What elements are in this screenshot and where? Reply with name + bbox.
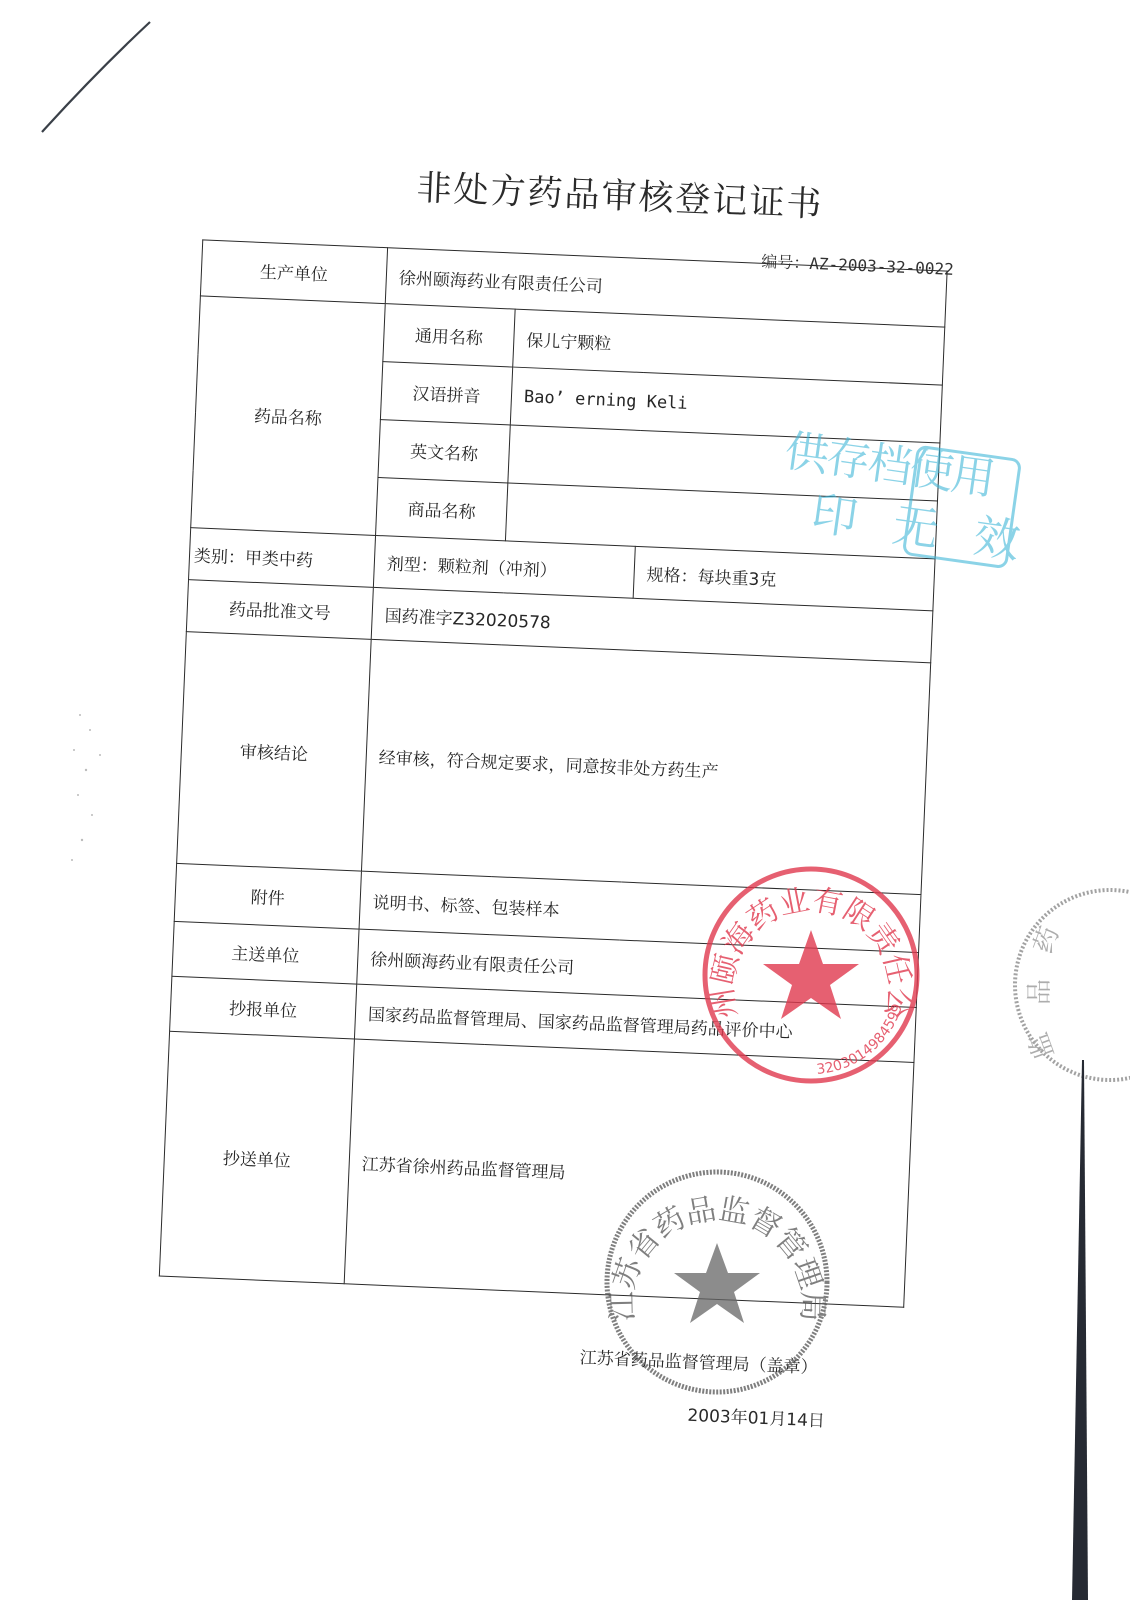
scan-noise: [60, 700, 120, 870]
specification-value: 每块重3克: [697, 567, 777, 590]
attachments-label: 附件: [174, 863, 361, 929]
category-value: 甲类中药: [245, 549, 314, 572]
pinyin-label: 汉语拼音: [380, 362, 512, 425]
dosage-form-label: 剂型：: [386, 554, 438, 576]
generic-name-label: 通用名称: [383, 304, 515, 367]
row-review-conclusion: 审核结论 经审核，符合规定要求，同意按非处方药生产: [177, 632, 931, 895]
authority-seal-icon: 江苏省药品监督管理局: [600, 1165, 835, 1400]
registration-form-table: 生产单位 徐州颐海药业有限责任公司 药品名称 通用名称 保儿宁颗粒 汉语拼音 B…: [159, 239, 948, 1307]
review-conclusion-label: 审核结论: [177, 632, 372, 872]
english-name-label: 英文名称: [378, 420, 510, 483]
scanned-page: 非处方药品审核登记证书 编号：AZ-2003-32-0022 生产单位 徐州颐海…: [0, 0, 1131, 1600]
scan-edge-shadow: [1050, 1060, 1090, 1600]
approval-number-label: 药品批准文号: [186, 580, 373, 640]
scan-scratch-mark: [40, 20, 160, 140]
partial-seal-icon: 药 品 监: [990, 875, 1130, 1090]
review-conclusion-value: 经审核，符合规定要求，同意按非处方药生产: [361, 639, 930, 894]
cc-to-label: 抄送单位: [159, 1031, 354, 1284]
svg-text:品: 品: [1025, 979, 1055, 1005]
issue-date: 2003年01月14日: [687, 1401, 825, 1432]
document-title: 非处方药品审核登记证书: [416, 160, 825, 227]
specification-label: 规格：: [646, 565, 698, 587]
svg-text:药: 药: [1028, 923, 1065, 958]
category-cell: 类别：甲类中药: [189, 528, 376, 588]
report-copy-label: 抄报单位: [170, 976, 357, 1039]
company-seal-icon: 徐州颐海药业有限责任公司 3203014984599: [696, 860, 926, 1090]
manufacturer-label: 生产单位: [200, 240, 387, 304]
dosage-form-value: 颗粒剂（冲剂）: [437, 557, 557, 582]
drug-name-label: 药品名称: [191, 296, 386, 536]
svg-text:监: 监: [1023, 1028, 1060, 1063]
certificate: 非处方药品审核登记证书 编号：AZ-2003-32-0022 生产单位 徐州颐海…: [116, 150, 969, 1472]
category-label: 类别：: [194, 546, 246, 568]
trade-name-label: 商品名称: [376, 477, 508, 540]
main-recipient-label: 主送单位: [172, 921, 359, 984]
